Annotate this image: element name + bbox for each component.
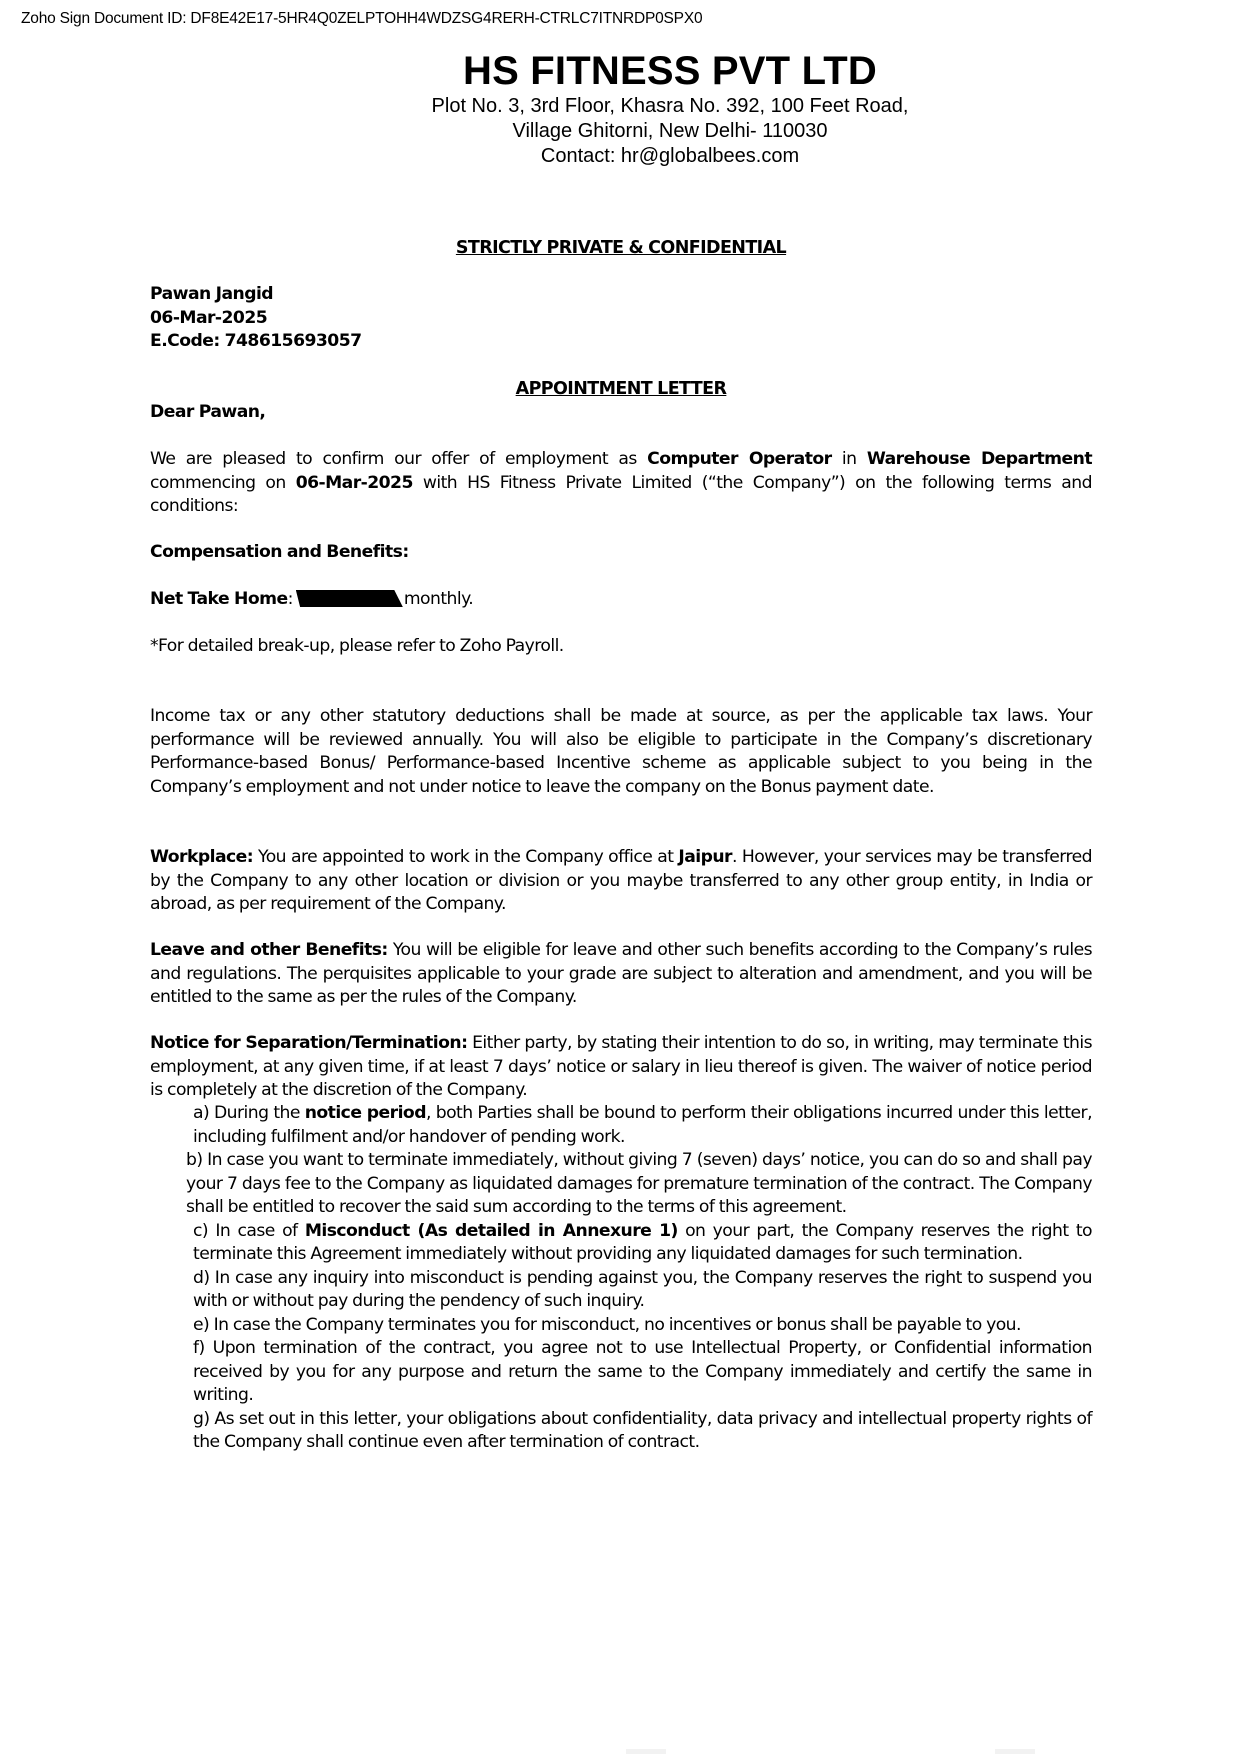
- notice-label: Notice for Separation/Termination:: [150, 1033, 467, 1053]
- intro-paragraph: We are pleased to confirm our offer of e…: [150, 448, 1092, 519]
- letter-title: APPOINTMENT LETTER: [150, 378, 1092, 402]
- clause-b: b) In case you want to terminate immedia…: [186, 1149, 1092, 1220]
- department: Warehouse Department: [867, 449, 1092, 469]
- workplace-paragraph: Workplace: You are appointed to work in …: [150, 846, 1092, 917]
- intro-text: commencing on: [150, 473, 296, 493]
- leave-label: Leave and other Benefits:: [150, 940, 388, 960]
- breakup-note: *For detailed break-up, please refer to …: [150, 635, 564, 659]
- redacted-amount: [296, 590, 403, 607]
- net-take-home-suffix: monthly.: [404, 589, 473, 609]
- intro-text: in: [832, 449, 867, 469]
- notice-clauses: a) During the notice period, both Partie…: [150, 1102, 1092, 1455]
- recipient-block: Pawan Jangid 06-Mar-2025 E.Code: 7486156…: [150, 283, 362, 354]
- address-line-2: Village Ghitorni, New Delhi- 110030: [380, 119, 960, 144]
- address-line-1: Plot No. 3, 3rd Floor, Khasra No. 392, 1…: [380, 94, 960, 119]
- clause-g: g) As set out in this letter, your oblig…: [193, 1408, 1092, 1455]
- company-name: HS FITNESS PVT LTD: [380, 48, 960, 94]
- leave-paragraph: Leave and other Benefits: You will be el…: [150, 939, 1092, 1010]
- workplace-label: Workplace:: [150, 847, 253, 867]
- notice-paragraph: Notice for Separation/Termination: Eithe…: [150, 1032, 1092, 1103]
- net-take-home: Net Take Home:monthly.: [150, 588, 473, 612]
- intro-text: We are pleased to confirm our offer of e…: [150, 449, 647, 469]
- confidential-label: STRICTLY PRIVATE & CONFIDENTIAL: [150, 237, 1092, 261]
- job-role: Computer Operator: [647, 449, 831, 469]
- letterhead: HS FITNESS PVT LTD Plot No. 3, 3rd Floor…: [380, 48, 960, 169]
- recipient-name: Pawan Jangid: [150, 283, 362, 307]
- contact-email: Contact: hr@globalbees.com: [380, 144, 960, 169]
- employee-code: E.Code: 748615693057: [150, 330, 362, 354]
- clause-a: a) During the notice period, both Partie…: [193, 1102, 1092, 1149]
- document-id: Zoho Sign Document ID: DF8E42E17-5HR4Q0Z…: [21, 10, 702, 28]
- clause-d: d) In case any inquiry into misconduct i…: [193, 1267, 1092, 1314]
- salutation: Dear Pawan,: [150, 401, 265, 425]
- clause-f: f) Upon termination of the contract, you…: [193, 1337, 1092, 1408]
- net-take-home-label: Net Take Home: [150, 589, 288, 609]
- income-tax-paragraph: Income tax or any other statutory deduct…: [150, 705, 1092, 799]
- start-date: 06-Mar-2025: [296, 473, 413, 493]
- clause-c: c) In case of Misconduct (As detailed in…: [193, 1220, 1092, 1267]
- letter-date: 06-Mar-2025: [150, 307, 362, 331]
- page-edge-marker: [995, 1749, 1035, 1754]
- work-location: Jaipur: [678, 847, 732, 867]
- clause-e: e) In case the Company terminates you fo…: [193, 1314, 1092, 1338]
- compensation-heading: Compensation and Benefits:: [150, 541, 409, 565]
- page-edge-marker: [626, 1749, 666, 1754]
